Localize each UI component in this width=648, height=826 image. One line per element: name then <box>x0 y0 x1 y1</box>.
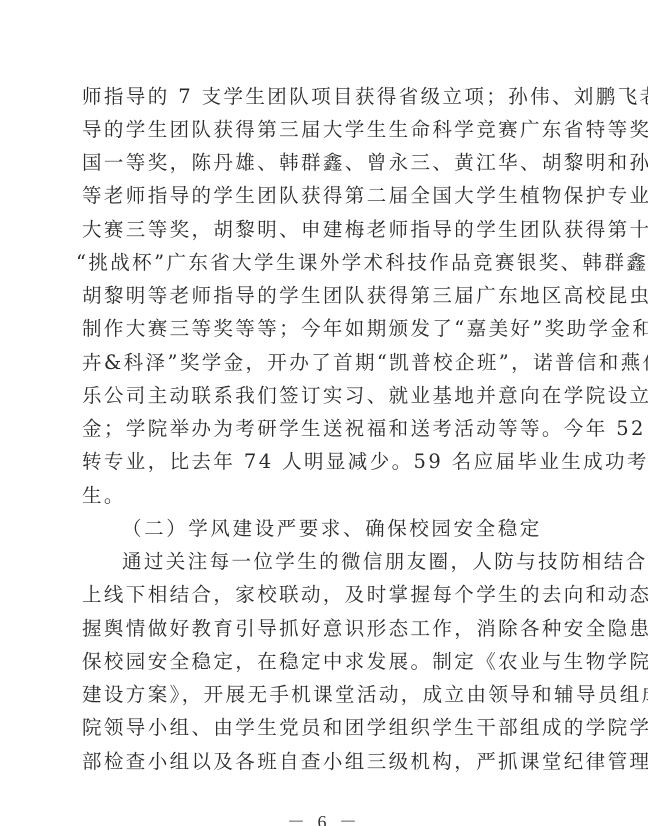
paragraph-line: 转专业，比去年 74 人明显减少。59 名应届毕业生成功考上研究 <box>82 450 582 474</box>
paragraph-line: 国一等奖，陈丹雄、韩群鑫、曾永三、黄江华、胡黎明和孙昀皓 <box>82 151 582 175</box>
paragraph-line: 生。 <box>82 484 582 508</box>
paragraph-line: 胡黎明等老师指导的学生团队获得第三届广东地区高校昆虫标本 <box>82 284 582 308</box>
section-heading: （二）学风建设严要求、确保校园安全稳定 <box>122 517 622 541</box>
paragraph-line: 金；学院举办为考研学生送祝福和送考活动等等。今年 52 人申请 <box>82 417 582 441</box>
paragraph-line: 通过关注每一位学生的微信朋友圈，人防与技防相结合，线 <box>122 550 622 574</box>
paragraph-line: 握舆情做好教育引导抓好意识形态工作，消除各种安全隐患，确 <box>82 617 582 641</box>
paragraph-line: 院领导小组、由学生党员和团学组织学生干部组成的学院学生干 <box>82 716 582 740</box>
paragraph-line: 上线下相结合，家校联动，及时掌握每个学生的去向和动态，掌 <box>82 583 582 607</box>
paragraph-line: “挑战杯”广东省大学生课外学术科技作品竞赛银奖、韩群鑫、 <box>76 251 576 275</box>
paragraph-line: 建设方案》，开展无手机课堂活动，成立由领导和辅导员组成的学 <box>82 683 582 707</box>
paragraph-line: 乐公司主动联系我们签订实习、就业基地并意向在学院设立奖学 <box>82 384 582 408</box>
paragraph-line: 卉&科泽”奖学金，开办了首期“凯普校企班”，诺普信和燕化永 <box>82 351 582 375</box>
document-page: 师指导的 7 支学生团队项目获得省级立项；孙伟、刘鹏飞老师指 导的学生团队获得第… <box>0 0 648 826</box>
paragraph-line: 保校园安全稳定，在稳定中求发展。制定《农业与生物学院学风 <box>82 650 582 674</box>
paragraph-line: 大赛三等奖，胡黎明、申建梅老师指导的学生团队获得第十五届 <box>82 218 582 242</box>
paragraph-line: 等老师指导的学生团队获得第二届全国大学生植物保护专业技能 <box>82 184 582 208</box>
paragraph-line: 导的学生团队获得第三届大学生生命科学竞赛广东省特等奖、全 <box>82 118 582 142</box>
paragraph-line: 部检查小组以及各班自查小组三级机构，严抓课堂纪律管理和宿 <box>82 750 582 774</box>
page-number: － 6 － <box>0 808 648 826</box>
paragraph-line: 师指导的 7 支学生团队项目获得省级立项；孙伟、刘鹏飞老师指 <box>82 85 582 109</box>
paragraph-line: 制作大赛三等奖等等；今年如期颁发了“嘉美好”奖助学金和“广 <box>82 317 582 341</box>
